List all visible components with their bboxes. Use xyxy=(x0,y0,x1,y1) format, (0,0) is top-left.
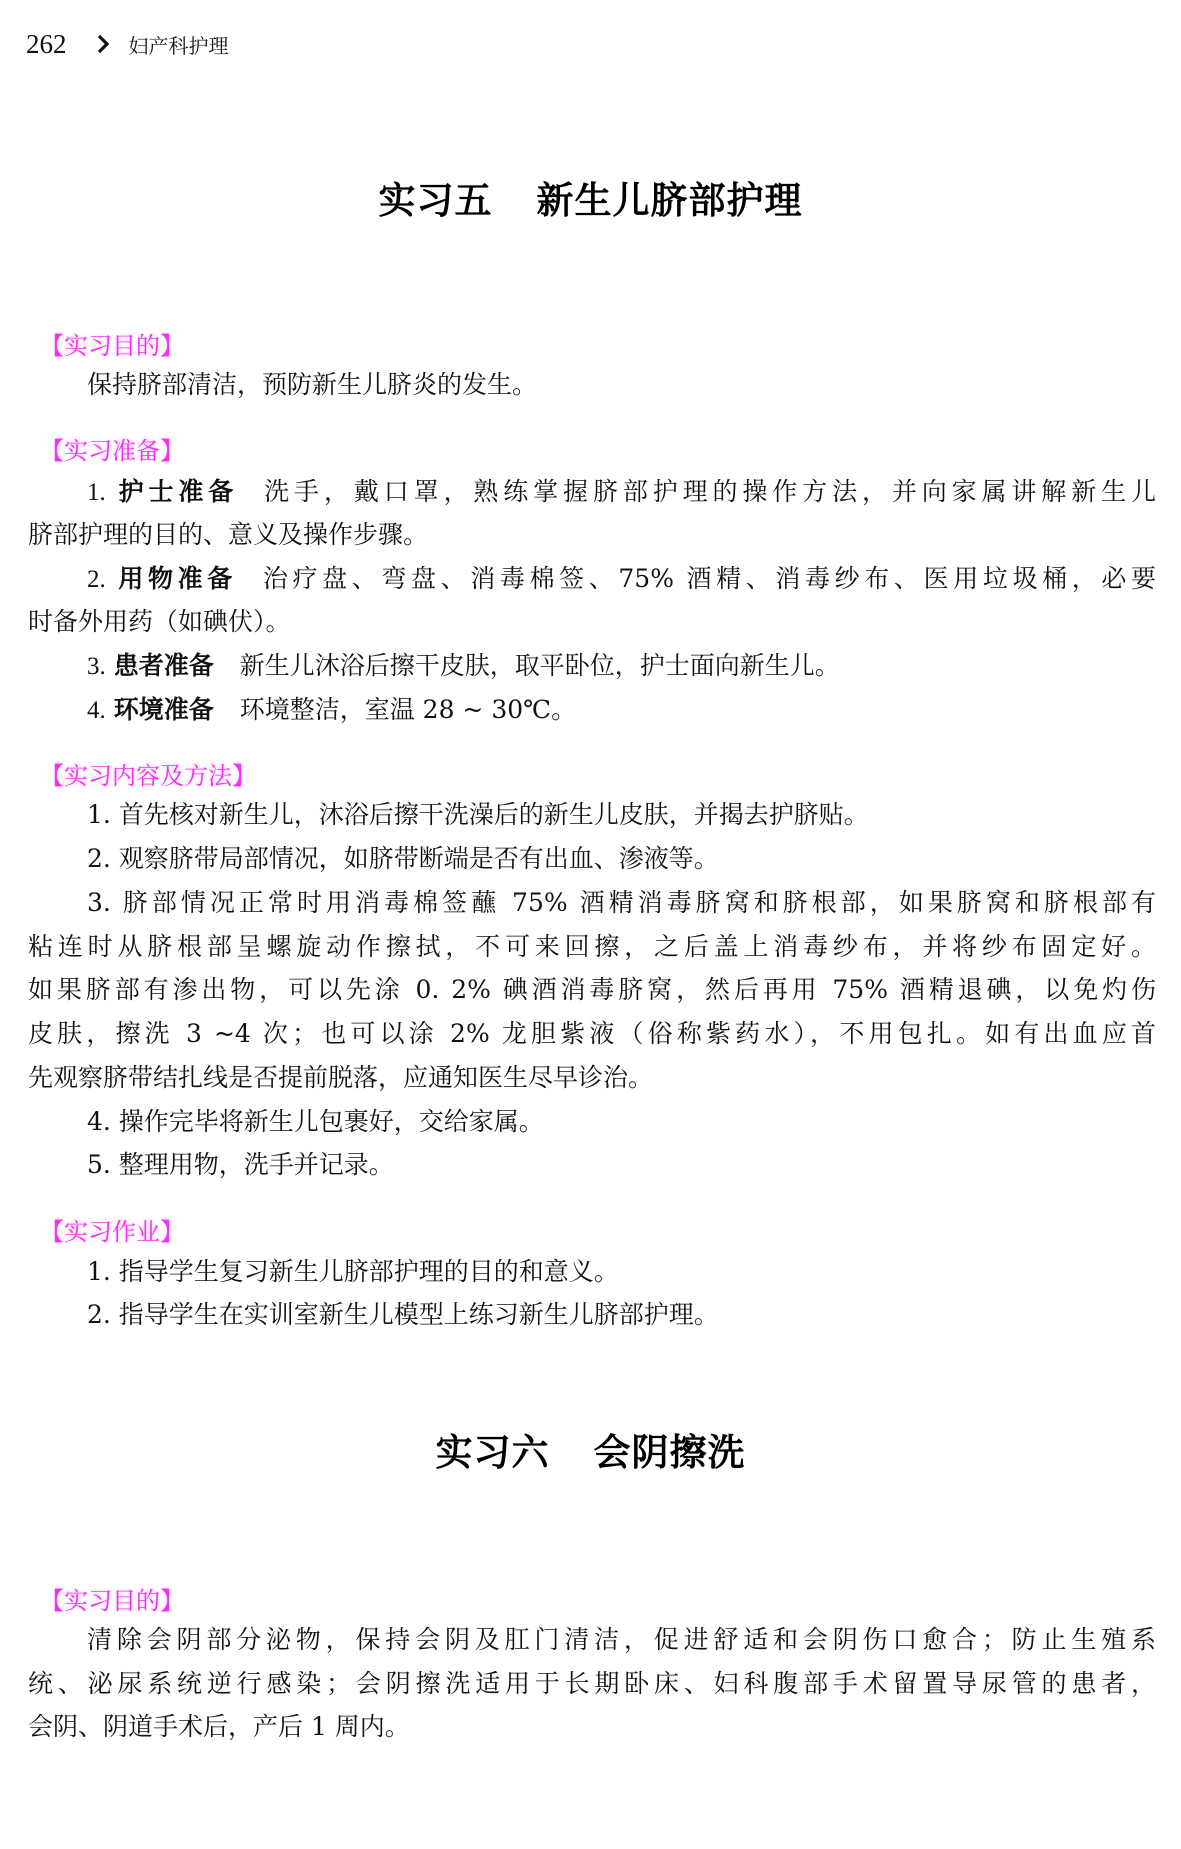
prep-item-number: 1. xyxy=(87,479,106,506)
content-line: 皮肤，擦洗 3 ~4 次；也可以涂 2% 龙胆紫液（俗称紫药水），不用包扎。如有… xyxy=(28,1017,1156,1051)
lab5-prep-heading: 【实习准备】 xyxy=(40,431,184,466)
page-header: 262 妇产科护理 xyxy=(26,26,229,62)
prep-item-text: 治疗盘、弯盘、消毒棉签、75% 酒精、消毒纱布、医用垃圾桶，必要 xyxy=(263,564,1156,593)
prep-item-term: 护士准备 xyxy=(119,477,239,506)
content-line: 1. 首先核对新生儿，沐浴后擦干洗澡后的新生儿皮肤，并揭去护脐贴。 xyxy=(87,798,1156,832)
homework-line: 2. 指导学生在实训室新生儿模型上练习新生儿脐部护理。 xyxy=(87,1298,1156,1332)
content-line: 5. 整理用物，洗手并记录。 xyxy=(87,1148,1156,1182)
content-line: 如果脐部有渗出物，可以先涂 0. 2% 碘酒消毒脐窝，然后再用 75% 酒精退碘… xyxy=(28,973,1156,1007)
prep-item-2: 2. 用物准备治疗盘、弯盘、消毒棉签、75% 酒精、消毒纱布、医用垃圾桶，必要 xyxy=(87,562,1156,597)
prep-item-term: 环境准备 xyxy=(114,695,214,724)
prep-item-number: 2. xyxy=(87,566,106,593)
lab5-title-text: 新生儿脐部护理 xyxy=(537,179,803,222)
prep-item-number: 3. xyxy=(87,653,106,680)
lab6-purpose-line: 统、泌尿系统逆行感染；会阴擦洗适用于长期卧床、妇科腹部手术留置导尿管的患者， xyxy=(28,1667,1156,1701)
lab5-title: 实习五新生儿脐部护理 xyxy=(0,170,1181,224)
lab6-title-text: 会阴擦洗 xyxy=(594,1431,746,1474)
prep-item-term: 患者准备 xyxy=(114,651,214,680)
prep-item-4: 4. 环境准备环境整洁，室温 28 ~ 30℃。 xyxy=(87,693,1156,728)
lab5-content-heading: 【实习内容及方法】 xyxy=(40,756,256,791)
prep-item-1-cont: 脐部护理的目的、意义及操作步骤。 xyxy=(28,518,1156,552)
content-line: 粘连时从脐根部呈螺旋动作擦拭，不可来回擦，之后盖上消毒纱布，并将纱布固定好。 xyxy=(28,930,1156,964)
lab6-purpose-line: 会阴、阴道手术后，产后 1 周内。 xyxy=(28,1710,1156,1744)
prep-item-term: 用物准备 xyxy=(118,564,237,593)
running-title: 妇产科护理 xyxy=(129,30,229,59)
prep-item-1: 1. 护士准备洗手，戴口罩，熟练掌握脐部护理的操作方法，并向家属讲解新生儿 xyxy=(87,475,1156,510)
content-line: 2. 观察脐带局部情况，如脐带断端是否有出血、渗液等。 xyxy=(87,842,1156,876)
content-line: 3. 脐部情况正常时用消毒棉签蘸 75% 酒精消毒脐窝和脐根部，如果脐窝和脐根部… xyxy=(87,886,1156,920)
lab5-homework-heading: 【实习作业】 xyxy=(40,1212,184,1247)
homework-line: 1. 指导学生复习新生儿脐部护理的目的和意义。 xyxy=(87,1255,1156,1289)
content-line: 4. 操作完毕将新生儿包裹好，交给家属。 xyxy=(87,1105,1156,1139)
page-number: 262 xyxy=(26,29,67,60)
lab5-purpose-line: 保持脐部清洁，预防新生儿脐炎的发生。 xyxy=(87,368,1156,402)
prep-item-text: 洗手，戴口罩，熟练掌握脐部护理的操作方法，并向家属讲解新生儿 xyxy=(264,477,1156,506)
prep-item-number: 4. xyxy=(87,697,106,724)
lab5-purpose-heading: 【实习目的】 xyxy=(40,326,184,361)
content-line: 先观察脐带结扎线是否提前脱落，应通知医生尽早诊治。 xyxy=(28,1061,1156,1095)
prep-item-3: 3. 患者准备新生儿沐浴后擦干皮肤，取平卧位，护士面向新生儿。 xyxy=(87,649,1156,684)
chevron-right-icon xyxy=(97,34,109,54)
prep-item-2-cont: 时备外用药（如碘伏）。 xyxy=(28,605,1156,639)
lab6-purpose-heading: 【实习目的】 xyxy=(40,1581,184,1616)
lab5-title-number: 实习五 xyxy=(379,179,493,222)
prep-item-text: 环境整洁，室温 28 ~ 30℃。 xyxy=(240,695,576,724)
lab6-title-number: 实习六 xyxy=(436,1431,550,1474)
prep-item-text: 新生儿沐浴后擦干皮肤，取平卧位，护士面向新生儿。 xyxy=(240,651,840,680)
lab6-title: 实习六会阴擦洗 xyxy=(0,1422,1181,1476)
lab6-purpose-line: 清除会阴部分泌物，保持会阴及肛门清洁，促进舒适和会阴伤口愈合；防止生殖系 xyxy=(87,1623,1156,1657)
